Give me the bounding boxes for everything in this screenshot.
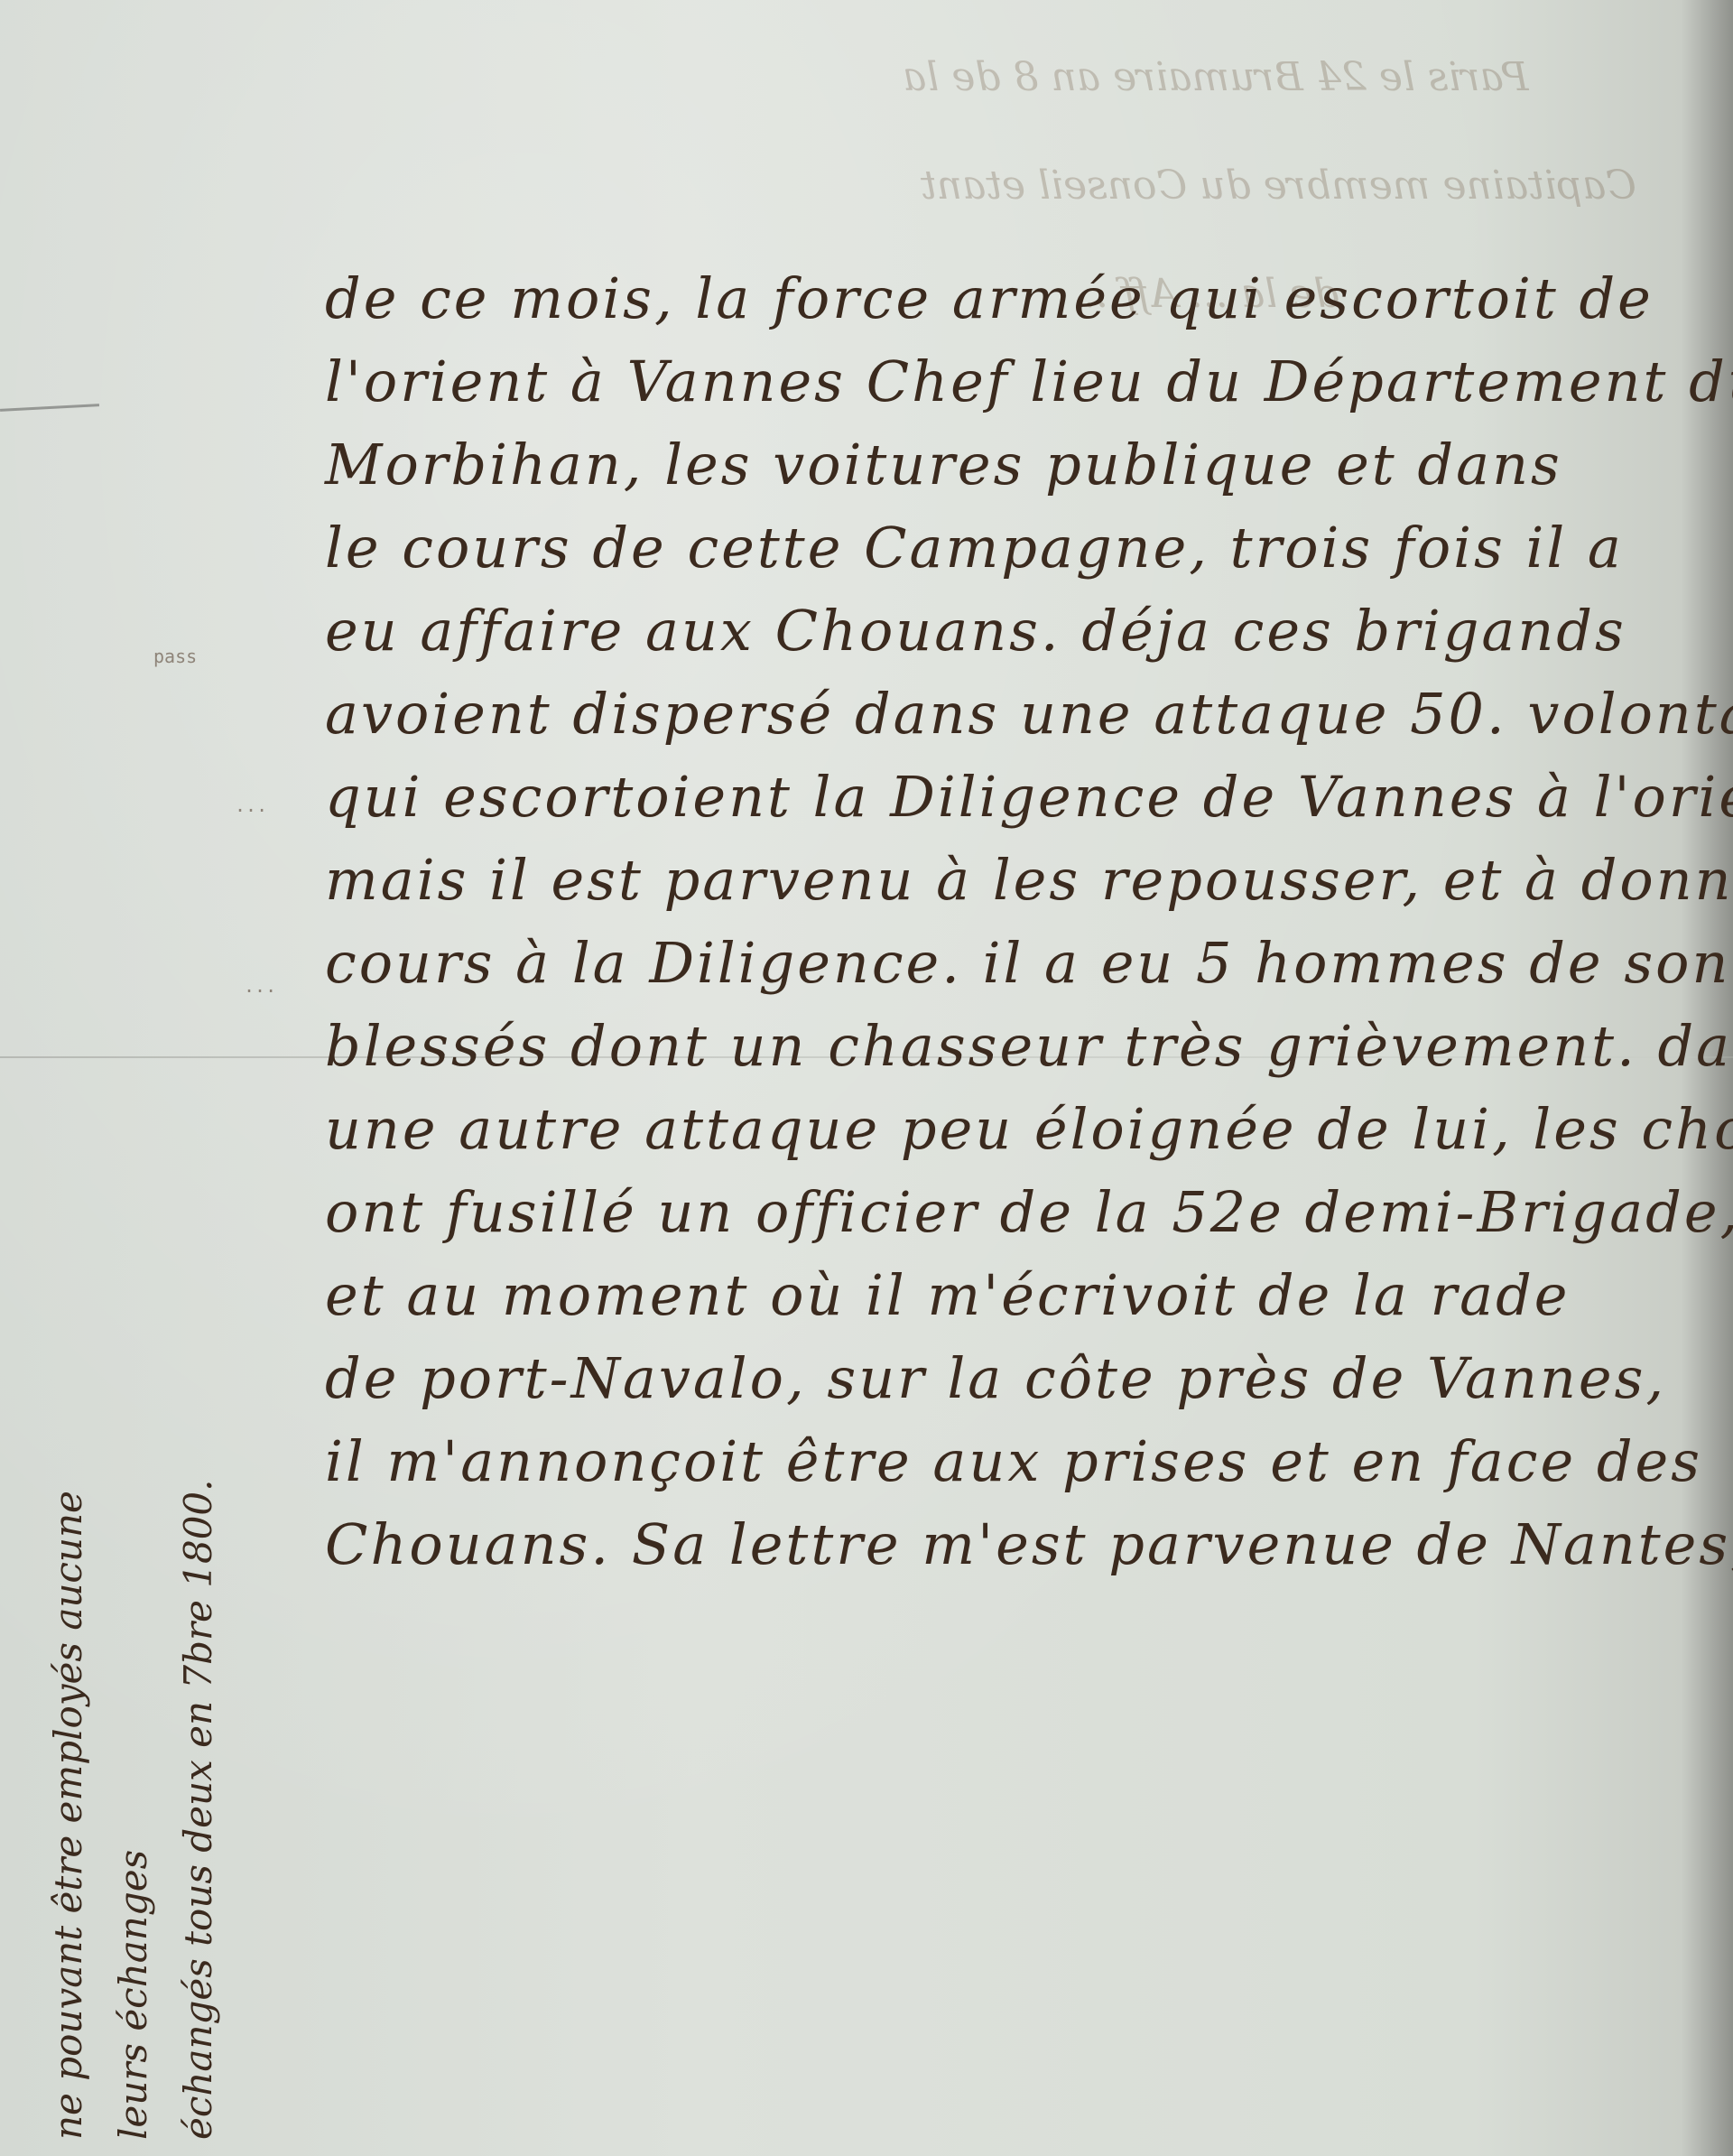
margin-annotation: ne pouvant être employés aucune leurs éc… — [36, 1480, 231, 2141]
margin-mark: pass — [153, 646, 197, 667]
text-line: mais il est parvenu à les repousser, et … — [325, 839, 1715, 922]
text-line: cours à la Diligence. il a eu 5 hommes d… — [325, 922, 1715, 1005]
margin-note-line: leurs échanges — [101, 1480, 166, 2141]
margin-note-line: ne pouvant être employés aucune — [36, 1480, 101, 2141]
text-line: de port-Navalo, sur la côte près de Vann… — [325, 1337, 1715, 1420]
text-line: l'orient à Vannes Chef lieu du Départeme… — [325, 340, 1715, 423]
margin-mark: ... — [244, 975, 276, 997]
margin-note-line: échangés tous deux en 7bre 1800. — [166, 1480, 231, 2141]
manuscript-page: Paris le 24 Brumaire an 8 de la Capitain… — [0, 0, 1733, 2156]
text-line: de ce mois, la force armée qui escortoit… — [325, 257, 1715, 340]
text-line: une autre attaque peu éloignée de lui, l… — [325, 1088, 1715, 1171]
bleed-through-line: Capitaine membre du Conseil etant — [921, 163, 1636, 209]
text-line: il m'annonçoit être aux prises et en fac… — [325, 1420, 1715, 1503]
text-line: Chouans. Sa lettre m'est parvenue de Nan… — [325, 1503, 1715, 1586]
bleed-through-line: Paris le 24 Brumaire an 8 de la — [903, 54, 1528, 100]
text-line: blessés dont un chasseur très grièvement… — [325, 1005, 1715, 1088]
text-line: qui escortoient la Diligence de Vannes à… — [325, 756, 1715, 839]
text-line: eu affaire aux Chouans. déja ces brigand… — [325, 590, 1715, 673]
paper-crease — [0, 404, 99, 412]
text-line: ont fusillé un officier de la 52e demi-B… — [325, 1171, 1715, 1254]
text-line: avoient dispersé dans une attaque 50. vo… — [325, 673, 1715, 756]
letter-body: de ce mois, la force armée qui escortoit… — [325, 257, 1715, 1586]
text-line: et au moment où il m'écrivoit de la rade — [325, 1254, 1715, 1337]
margin-mark: ... — [235, 795, 267, 816]
text-line: le cours de cette Campagne, trois fois i… — [325, 506, 1715, 590]
text-line: Morbihan, les voitures publique et dans — [325, 423, 1715, 506]
